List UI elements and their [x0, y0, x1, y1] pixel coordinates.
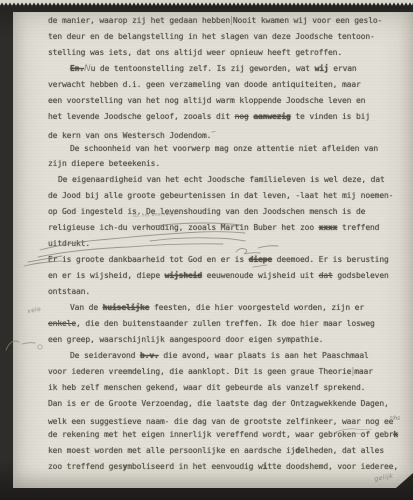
scribble-tiny-note	[258, 246, 278, 248]
margin-mark-stroke-1	[6, 341, 19, 350]
pencil-underline-diepe	[253, 265, 267, 267]
tiny-script-line26-a	[336, 429, 372, 432]
margin-mark-circle	[38, 345, 42, 349]
tiny-script-line26-b	[340, 434, 364, 436]
illegible-pencil-scribble	[0, 0, 413, 500]
photographed-manuscript: de manier, waarop zij het gedaan hebben|…	[0, 0, 413, 500]
scribble-over-verhouding	[148, 223, 241, 227]
scribble-crossed-line-3	[150, 238, 245, 241]
scribble-loop	[236, 248, 260, 254]
scribble-crossed-line-1	[40, 232, 245, 250]
scribble-crossed-line-2	[38, 244, 223, 257]
margin-mark-stroke-2	[22, 343, 35, 344]
